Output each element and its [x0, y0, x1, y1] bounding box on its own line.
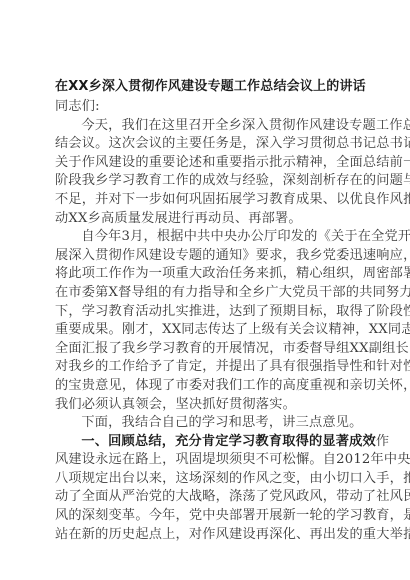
text-line: 今天，我们在这里召开全乡深入贯彻作风建设专题工作总 — [55, 117, 357, 136]
section-heading-line: 一、回顾总结，充分肯定学习教育取得的显著成效作 — [55, 433, 357, 452]
salutation: 同志们: — [55, 98, 357, 117]
text-line: 动了全面从严治党的大战略，涤荡了党风政风，带动了社风民 — [55, 488, 357, 507]
text-line: 不足，并对下一步如何巩固拓展学习教育成果、以优良作风推 — [55, 191, 357, 210]
text-line: 重要成果。刚才，XX同志传达了上级有关会议精神，XX同志 — [55, 321, 357, 340]
paragraph-intro: 今天，我们在这里召开全乡深入贯彻作风建设专题工作总 结会议。这次会议的主要任务是… — [55, 117, 357, 229]
document-page: 在XX乡深入贯彻作风建设专题工作总结会议上的讲话 同志们: 今天，我们在这里召开… — [55, 78, 357, 544]
text-line: 对我乡的工作给予了肯定，并提出了具有很强指导性和针对性 — [55, 358, 357, 377]
text-line: 动XX乡高质量发展进行再动员、再部署。 — [55, 210, 357, 229]
text-line: 在市委第X督导组的有力指导和全乡广大党员干部的共同努力 — [55, 284, 357, 303]
text-line: 下，学习教育活动扎实推进，达到了预期目标，取得了阶段性 — [55, 303, 357, 322]
text-line: 我们必须认真领会，坚决抓好贯彻落实。 — [55, 396, 357, 415]
text-line: 风的深刻变革。今年，党中央部署开展新一轮的学习教育，是 — [55, 507, 357, 526]
text-line: 结会议。这次会议的主要任务是，深入学习贯彻总书记总书记 — [55, 135, 357, 154]
text-line: 将此项工作作为一项重大政治任务来抓，精心组织，周密部署。 — [55, 265, 357, 284]
text-line: 自今年3月，根据中共中央办公厅印发的《关于在全党开 — [55, 228, 357, 247]
text-line: 展深入贯彻作风建设专题的通知》要求，我乡党委迅速响应， — [55, 247, 357, 266]
document-title: 在XX乡深入贯彻作风建设专题工作总结会议上的讲话 — [55, 78, 357, 96]
paragraph-transition: 下面，我结合自己的学习和思考，讲三点意见。 — [55, 414, 357, 433]
text-line: 站在新的历史起点上，对作风建设再深化、再出发的重大举措。 — [55, 526, 357, 545]
text-line: 关于作风建设的重要论述和重要指示批示精神，全面总结前一 — [55, 154, 357, 173]
paragraph-background: 自今年3月，根据中共中央办公厅印发的《关于在全党开 展深入贯彻作风建设专题的通知… — [55, 228, 357, 414]
text-line: 风建设永远在路上，巩固堤坝须臾不可松懈。自2012年中央 — [55, 451, 357, 470]
text-line: 的宝贵意见，体现了市委对我们工作的高度重视和亲切关怀， — [55, 377, 357, 396]
text-line: 全面汇报了我乡学习教育的开展情况，市委督导组XX副组长 — [55, 340, 357, 359]
section-heading: 一、回顾总结，充分肯定学习教育取得的显著成效 — [81, 433, 376, 452]
text-line: 阶段我乡学习教育工作的成效与经验，深刻剖析存在的问题与 — [55, 172, 357, 191]
heading-tail-text: 作 — [376, 433, 389, 452]
text-line: 下面，我结合自己的学习和思考，讲三点意见。 — [55, 414, 357, 433]
text-line: 八项规定出台以来，这场深刻的作风之变，由小切口入手，推 — [55, 470, 357, 489]
section-one: 一、回顾总结，充分肯定学习教育取得的显著成效作 风建设永远在路上，巩固堤坝须臾不… — [55, 433, 357, 545]
